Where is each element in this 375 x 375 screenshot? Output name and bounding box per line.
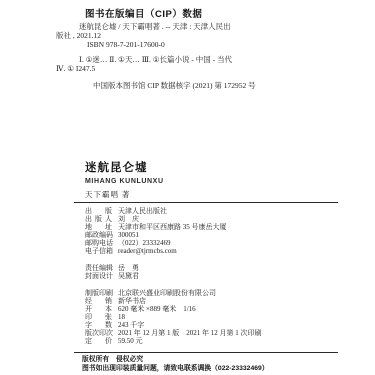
colophon: 出版天津人民出版社 出版人刘 庆 地址天津市和平区西康路 35 号康岳大厦 邮政… [85, 207, 262, 354]
colophon-row-sheets: 印张18 [85, 313, 262, 321]
cip-classification-line2: Ⅳ. ① I247.5 [56, 64, 344, 73]
footer-notices: 版权所有 侵权必究 图书如出现印装质量问题，请致电联系调换（022-233324… [82, 356, 269, 373]
colophon-row-cover-design: 封面设计吴黛君 [85, 272, 262, 280]
colophon-row-phone: 邮购电话（022）23332469 [85, 239, 262, 247]
book-title-pinyin: MIHANG KUNLUNXU [85, 178, 164, 185]
row-value: 新华书店 [118, 297, 146, 305]
copyright-page: 图书在版编目（CIP）数据 迷航昆仑墟 / 天下霸唱著 . -- 天津 : 天津… [0, 0, 375, 375]
row-value: 岳 勇 [118, 264, 139, 272]
row-value: 刘 庆 [118, 215, 139, 223]
book-title: 迷航昆仑墟 [85, 159, 164, 175]
row-label: 出版 [85, 207, 112, 215]
row-value: 吴黛君 [118, 272, 139, 280]
row-label: 邮政编码 [85, 231, 112, 239]
cip-entry-line2: 版社 , 2021.12 [56, 31, 344, 40]
row-value: 北京联兴盛业印刷股份有限公司 [118, 289, 216, 297]
row-label: 电子信箱 [85, 247, 112, 255]
publisher-info-group: 出版天津人民出版社 出版人刘 庆 地址天津市和平区西康路 35 号康岳大厦 邮政… [85, 207, 262, 255]
colophon-row-wordcount: 字数243 千字 [85, 321, 262, 329]
colophon-row-price: 定价59.50 元 [85, 337, 262, 345]
row-value: 18 [118, 313, 125, 321]
colophon-row-edition: 版次印次2021 年 12 月第 1 版 2021 年 12 月第 1 次印刷 [85, 329, 262, 337]
cip-classification-line1: Ⅰ. ①迷… Ⅱ. ①天… Ⅲ. ①长篇小说 - 中国 - 当代 [56, 55, 344, 64]
colophon-row-printer: 制版印刷北京联兴盛业印刷股份有限公司 [85, 289, 262, 297]
row-label: 邮购电话 [85, 239, 112, 247]
divider-top [74, 202, 338, 203]
row-label: 字数 [85, 321, 112, 329]
row-label: 版次印次 [85, 329, 112, 337]
row-value: （022）23332469 [118, 239, 171, 247]
row-value: 天津市和平区西康路 35 号康岳大厦 [118, 223, 227, 231]
colophon-row-distributor: 经销新华书店 [85, 297, 262, 305]
row-value: 243 千字 [118, 321, 144, 329]
row-label: 封面设计 [85, 272, 112, 280]
copyright-notice: 版权所有 侵权必究 [82, 356, 269, 365]
colophon-row-editor: 责任编辑岳 勇 [85, 264, 262, 272]
cip-data-block: 迷航昆仑墟 / 天下霸唱著 . -- 天津 : 天津人民出 版社 , 2021.… [56, 22, 344, 90]
colophon-row-publisher-person: 出版人刘 庆 [85, 215, 262, 223]
row-value: 59.50 元 [118, 337, 143, 345]
book-author: 天下霸唱 著 [85, 189, 164, 200]
row-value: reader@tjrmcbs.com [118, 247, 177, 255]
colophon-row-address: 地址天津市和平区西康路 35 号康岳大厦 [85, 223, 262, 231]
row-label: 印张 [85, 313, 112, 321]
row-value: 620 毫米 ×889 毫米 1/16 [118, 305, 196, 313]
colophon-row-format: 开本620 毫米 ×889 毫米 1/16 [85, 305, 262, 313]
row-label: 责任编辑 [85, 264, 112, 272]
cip-entry-line1: 迷航昆仑墟 / 天下霸唱著 . -- 天津 : 天津人民出 [56, 22, 344, 31]
divider-bottom [74, 352, 338, 353]
row-value: 天津人民出版社 [118, 207, 167, 215]
isbn-line: ISBN 978-7-201-17600-0 [56, 40, 344, 49]
row-label: 地址 [85, 223, 112, 231]
colophon-row-publisher: 出版天津人民出版社 [85, 207, 262, 215]
row-value: 300051 [118, 231, 139, 239]
row-label: 出版人 [85, 215, 112, 223]
row-label: 定价 [85, 337, 112, 345]
colophon-row-postcode: 邮政编码300051 [85, 231, 262, 239]
title-block: 迷航昆仑墟 MIHANG KUNLUNXU 天下霸唱 著 [85, 159, 164, 200]
printing-info-group: 制版印刷北京联兴盛业印刷股份有限公司 经销新华书店 开本620 毫米 ×889 … [85, 289, 262, 345]
editor-info-group: 责任编辑岳 勇 封面设计吴黛君 [85, 264, 262, 280]
row-value: 2021 年 12 月第 1 版 2021 年 12 月第 1 次印刷 [118, 329, 262, 337]
colophon-row-email: 电子信箱reader@tjrmcbs.com [85, 247, 262, 255]
row-label: 经销 [85, 297, 112, 305]
cip-header: 图书在版编目（CIP）数据 [85, 6, 202, 20]
cip-record-number: 中国版本图书馆 CIP 数据核字 (2021) 第 172952 号 [56, 81, 344, 90]
row-label: 开本 [85, 305, 112, 313]
quality-notice: 图书如出现印装质量问题，请致电联系调换（022-23332469） [82, 365, 269, 374]
row-label: 制版印刷 [85, 289, 112, 297]
